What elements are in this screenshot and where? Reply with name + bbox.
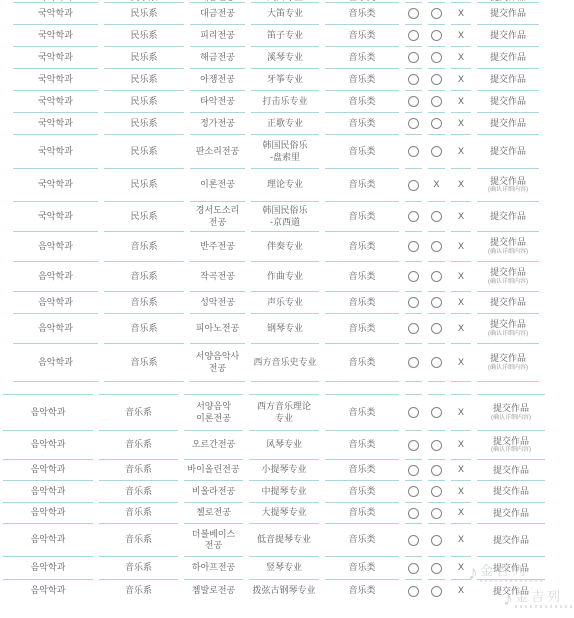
cell-category: 音乐类 [325,3,399,25]
cell-x-mark: X [451,431,471,460]
cell-circle-mark [428,344,445,382]
cell-circle-mark [405,169,422,202]
cell-major-cn: 作曲专业 [251,262,319,292]
cell-circle-mark [405,69,422,91]
cell-major-cn: 拨弦古钢琴专业 [249,580,319,602]
cell-dept-kr: 음악학과 [3,460,93,481]
table-row: 음악학과音乐系서양음악 이론전공西方音乐理论 专业音乐类X提交作品(确认详细内容… [3,394,545,431]
circle-mark [431,146,442,157]
cell-category: 音乐类 [325,262,399,292]
table-row: 음악학과音乐系작곡전공作曲专业音乐类X提交作品(确认详细内容) [13,262,539,292]
circle-mark [408,357,419,368]
admissions-table-1: 국악학과民乐系대금전공大笛专业音乐类X提交作品국악학과民乐系대금전공大笛专业音乐… [7,0,545,382]
submit-work-label: 提交作品 [477,176,539,187]
circle-mark [431,74,442,85]
cell-circle-mark [405,394,422,431]
circle-mark [431,96,442,107]
cell-submit: 提交作品 [477,580,545,602]
cell-dept-cn: 民乐系 [104,135,184,169]
cell-dept-cn: 音乐系 [99,580,178,602]
table-row: 음악학과音乐系첼로전공大提琴专业音乐类X提交作品 [3,503,545,524]
cell-circle-mark [405,47,422,69]
cell-major-cn: 声乐专业 [251,292,319,314]
cell-x-mark: X [451,481,471,503]
circle-mark [408,74,419,85]
cell-submit: 提交作品 [477,202,539,232]
cell-dept-cn: 民乐系 [104,202,184,232]
cell-dept-kr: 국악학과 [13,169,98,202]
submit-work-label: 提交作品 [477,486,545,497]
cell-submit: 提交作品(确认详细内容) [477,262,539,292]
cell-dept-cn: 音乐系 [104,292,184,314]
cell-circle-mark [405,460,422,481]
cell-category: 音乐类 [325,47,399,69]
submit-note: (确认详细内容) [477,249,539,256]
cell-x-mark: X [451,262,471,292]
table-row: 국악학과民乐系대금전공大笛专业音乐类X提交作品 [13,3,539,25]
cell-submit: 提交作品 [477,25,539,47]
cell-circle-mark [428,25,445,47]
submit-work-label: 提交作品 [477,353,539,364]
cell-category: 音乐类 [325,135,399,169]
circle-mark [408,241,419,252]
table-row: 음악학과音乐系바이올린전공小提琴专业音乐类X提交作品 [3,460,545,481]
cell-circle-mark [405,557,422,580]
cell-submit: 提交作品(确认详细内容) [477,394,545,431]
cell-circle-mark [428,3,445,25]
cell-major-cn: 竖琴专业 [249,557,319,580]
submit-work-label: 提交作品 [477,297,539,308]
cell-major-kr: 피리전공 [190,25,245,47]
cell-submit: 提交作品 [477,481,545,503]
cell-circle-mark [428,431,445,460]
circle-mark [408,96,419,107]
circle-mark [408,30,419,41]
cell-x-mark: X [451,113,471,135]
circle-mark [431,271,442,282]
cell-circle-mark [428,460,445,481]
cell-circle-mark [428,135,445,169]
cell-category: 音乐类 [325,580,399,602]
circle-mark [408,465,419,476]
cell-circle-mark [428,481,445,503]
cell-submit: 提交作品 [477,135,539,169]
cell-circle-mark [405,91,422,113]
circle-mark [431,586,442,597]
cell-submit: 提交作品 [477,91,539,113]
cell-circle-mark [405,202,422,232]
submit-work-label: 提交作品 [477,535,545,546]
circle-mark [408,508,419,519]
submit-work-label: 提交作品 [477,74,539,85]
table-row: 국악학과民乐系경서도소리 전공韩国民俗乐 -京西道音乐类X提交作品 [13,202,539,232]
cell-circle-mark [405,524,422,557]
cell-submit: 提交作品(确认详细内容) [477,344,539,382]
cell-major-kr: 해금전공 [190,47,245,69]
cell-circle-mark [428,524,445,557]
cell-circle-mark [428,503,445,524]
cell-submit: 提交作品(确认详细内容) [477,169,539,202]
circle-mark [431,323,442,334]
submit-work-label: 提交作品 [477,465,545,476]
cell-circle-mark [405,25,422,47]
cell-circle-mark [428,113,445,135]
cell-category: 音乐类 [325,69,399,91]
cell-submit: 提交作品 [477,557,545,580]
cell-dept-cn: 音乐系 [99,431,178,460]
submit-note: (确认详细内容) [477,415,545,422]
cell-x-mark: X [451,460,471,481]
cell-major-cn: 低音提琴专业 [249,524,319,557]
cell-dept-cn: 音乐系 [99,394,178,431]
cell-dept-kr: 국악학과 [13,25,98,47]
cell-x-mark: X [451,557,471,580]
cell-major-kr: 비올라전공 [184,481,243,503]
submit-work-label: 提交作品 [477,146,539,157]
cell-major-cn: 风琴专业 [249,431,319,460]
cell-major-cn: 韩国民俗乐 -京西道 [251,202,319,232]
circle-mark [408,297,419,308]
cell-x-mark: X [451,202,471,232]
circle-mark [431,297,442,308]
cell-major-kr: 하아프전공 [184,557,243,580]
circle-mark [431,486,442,497]
cell-x-mark: X [451,580,471,602]
circle-mark [431,357,442,368]
cell-major-kr: 쳄발로전공 [184,580,243,602]
cell-dept-cn: 音乐系 [104,314,184,344]
cell-major-kr: 서양음악사 전공 [190,344,245,382]
submit-work-label: 提交作品 [477,267,539,278]
submit-work-label: 提交作品 [477,508,545,519]
cell-dept-cn: 音乐系 [104,344,184,382]
watermark-tagline-dots [515,605,574,608]
table-row: 국악학과民乐系타악전공打击乐专业音乐类X提交作品 [13,91,539,113]
cell-circle-mark [405,314,422,344]
cell-dept-cn: 音乐系 [99,524,178,557]
circle-mark [408,486,419,497]
cell-x-mark: X [428,169,445,202]
cell-circle-mark [405,262,422,292]
cell-major-cn: 正歌专业 [251,113,319,135]
cell-dept-cn: 民乐系 [104,69,184,91]
submit-work-label: 提交作品 [477,563,545,574]
cell-submit: 提交作品(确认详细内容) [477,314,539,344]
cell-major-kr: 아쟁전공 [190,69,245,91]
cell-major-cn: 理论专业 [251,169,319,202]
cell-dept-cn: 音乐系 [99,481,178,503]
cell-major-kr: 이론전공 [190,169,245,202]
submit-note: (确认详细内容) [477,187,539,194]
cell-category: 音乐类 [325,344,399,382]
table-row: 음악학과音乐系반주전공伴奏专业音乐类X提交作品(确认详细内容) [13,232,539,262]
cell-x-mark: X [451,394,471,431]
table-row: 국악학과民乐系정가전공正歌专业音乐类X提交作品 [13,113,539,135]
circle-mark [408,440,419,451]
circle-mark [431,465,442,476]
cell-major-cn: 小提琴专业 [249,460,319,481]
cell-major-kr: 성악전공 [190,292,245,314]
submit-note: (确认详细内容) [477,447,545,454]
cell-major-cn: 笛子专业 [251,25,319,47]
cell-x-mark: X [451,135,471,169]
cell-submit: 提交作品 [477,3,539,25]
submit-work-label: 提交作品 [477,319,539,330]
circle-mark [408,563,419,574]
cell-dept-cn: 音乐系 [99,557,178,580]
cell-category: 音乐类 [325,503,399,524]
cell-major-kr: 오르간전공 [184,431,243,460]
circle-mark [431,52,442,63]
circle-mark [408,535,419,546]
table-row: 음악학과音乐系비올라전공中提琴专业音乐类X提交作品 [3,481,545,503]
table-row: 국악학과民乐系판소리전공韩国民俗乐 -盘索里音乐类X提交作品 [13,135,539,169]
cell-dept-cn: 民乐系 [104,169,184,202]
circle-mark [408,118,419,129]
table-row: 음악학과音乐系성악전공声乐专业音乐类X提交作品 [13,292,539,314]
submit-note: (确认详细内容) [477,365,539,372]
cell-circle-mark [428,232,445,262]
submit-work-label: 提交作品 [477,52,539,63]
cell-major-kr: 더블베이스 전공 [184,524,243,557]
circle-mark [431,508,442,519]
cell-major-cn: 西方音乐理论 专业 [249,394,319,431]
cell-category: 音乐类 [325,314,399,344]
cell-submit: 提交作品 [477,47,539,69]
cell-category: 音乐类 [325,481,399,503]
cell-circle-mark [405,232,422,262]
submit-work-label: 提交作品 [477,586,545,597]
cell-dept-kr: 음악학과 [3,503,93,524]
cell-dept-kr: 국악학과 [13,113,98,135]
cell-category: 音乐类 [325,169,399,202]
circle-mark [431,118,442,129]
cell-dept-cn: 音乐系 [104,232,184,262]
cell-major-kr: 반주전공 [190,232,245,262]
cell-circle-mark [405,3,422,25]
cell-submit: 提交作品 [477,113,539,135]
cell-major-cn: 大笛专业 [251,3,319,25]
submit-note: (确认详细内容) [477,279,539,286]
circle-mark [431,407,442,418]
circle-mark [408,271,419,282]
cell-dept-kr: 국악학과 [13,69,98,91]
cell-dept-cn: 音乐系 [99,460,178,481]
submit-work-label: 提交作品 [477,436,545,447]
cell-dept-kr: 음악학과 [13,344,98,382]
cell-category: 音乐类 [325,232,399,262]
cell-dept-kr: 음악학과 [3,481,93,503]
cell-submit: 提交作品 [477,503,545,524]
circle-mark [431,535,442,546]
cell-circle-mark [428,91,445,113]
document-page: 국악학과民乐系대금전공大笛专业音乐类X提交作品국악학과民乐系대금전공大笛专业音乐… [0,0,574,618]
cell-x-mark: X [451,25,471,47]
cell-x-mark: X [451,503,471,524]
cell-dept-cn: 音乐系 [104,262,184,292]
circle-mark [408,8,419,19]
cell-major-cn: 牙筝专业 [251,69,319,91]
cell-major-kr: 판소리전공 [190,135,245,169]
circle-mark [431,241,442,252]
cell-dept-cn: 民乐系 [104,113,184,135]
cell-circle-mark [428,262,445,292]
cell-submit: 提交作品(确认详细内容) [477,232,539,262]
cell-category: 音乐类 [325,394,399,431]
cell-major-cn: 中提琴专业 [249,481,319,503]
cell-circle-mark [405,503,422,524]
submit-work-label: 提交作品 [477,30,539,41]
cell-dept-kr: 음악학과 [13,314,98,344]
cell-x-mark: X [451,69,471,91]
table-row: 음악학과音乐系피아노전공钢琴专业音乐类X提交作品(确认详细内容) [13,314,539,344]
cell-dept-cn: 民乐系 [104,91,184,113]
cell-dept-kr: 음악학과 [3,394,93,431]
cell-major-kr: 바이올린전공 [184,460,243,481]
cell-dept-kr: 음악학과 [13,262,98,292]
table-row: 국악학과民乐系아쟁전공牙筝专业音乐类X提交作品 [13,69,539,91]
circle-mark [431,211,442,222]
cell-dept-kr: 국악학과 [13,202,98,232]
cell-submit: 提交作品(确认详细内容) [477,431,545,460]
table-row: 국악학과民乐系피리전공笛子专业音乐类X提交作品 [13,25,539,47]
cell-x-mark: X [451,47,471,69]
circle-mark [431,440,442,451]
circle-mark [431,30,442,41]
cell-major-cn: 溪琴专业 [251,47,319,69]
submit-work-label: 提交作品 [477,237,539,248]
circle-mark [408,180,419,191]
cell-dept-kr: 음악학과 [13,232,98,262]
table-row: 음악학과音乐系하아프전공竖琴专业音乐类X提交作品 [3,557,545,580]
cell-category: 音乐类 [325,524,399,557]
cell-category: 音乐类 [325,557,399,580]
cell-major-kr: 정가전공 [190,113,245,135]
cell-circle-mark [428,394,445,431]
circle-mark [408,323,419,334]
cell-category: 音乐类 [325,431,399,460]
table-row: 음악학과音乐系서양음악사 전공西方音乐史专业音乐类X提交作品(确认详细内容) [13,344,539,382]
cell-dept-cn: 民乐系 [104,3,184,25]
cell-circle-mark [428,69,445,91]
cell-circle-mark [428,47,445,69]
cell-submit: 提交作品 [477,524,545,557]
cell-circle-mark [405,292,422,314]
cell-x-mark: X [451,344,471,382]
cell-dept-kr: 음악학과 [3,557,93,580]
cell-dept-kr: 음악학과 [3,524,93,557]
cell-submit: 提交作品 [477,69,539,91]
cell-category: 音乐类 [325,460,399,481]
cell-major-kr: 대금전공 [190,3,245,25]
cell-x-mark: X [451,3,471,25]
cell-dept-kr: 음악학과 [3,580,93,602]
cell-major-cn: 西方音乐史专业 [251,344,319,382]
cell-category: 音乐类 [325,25,399,47]
cell-major-kr: 서양음악 이론전공 [184,394,243,431]
submit-work-label: 提交作品 [477,96,539,107]
cell-circle-mark [405,344,422,382]
table-row: 음악학과音乐系쳄발로전공拨弦古钢琴专业音乐类X提交作品 [3,580,545,602]
cell-dept-kr: 국악학과 [13,135,98,169]
cell-category: 音乐类 [325,292,399,314]
circle-mark [408,211,419,222]
cell-major-kr: 첼로전공 [184,503,243,524]
table-row: 국악학과民乐系해금전공溪琴专业音乐类X提交作品 [13,47,539,69]
cell-dept-kr: 국악학과 [13,47,98,69]
cell-major-kr: 타악전공 [190,91,245,113]
circle-mark [408,146,419,157]
cell-dept-kr: 국악학과 [13,91,98,113]
circle-mark [431,8,442,19]
cell-dept-kr: 국악학과 [13,3,98,25]
cell-major-kr: 경서도소리 전공 [190,202,245,232]
submit-work-label: 提交作品 [477,211,539,222]
cell-major-cn: 打击乐专业 [251,91,319,113]
cell-x-mark: X [451,169,471,202]
cell-dept-cn: 民乐系 [104,25,184,47]
cell-major-cn: 大提琴专业 [249,503,319,524]
cell-circle-mark [405,481,422,503]
cell-category: 音乐类 [325,91,399,113]
cell-major-kr: 피아노전공 [190,314,245,344]
cell-major-cn: 伴奏专业 [251,232,319,262]
cell-circle-mark [405,113,422,135]
cell-major-kr: 작곡전공 [190,262,245,292]
cell-circle-mark [428,314,445,344]
submit-work-label: 提交作品 [477,403,545,414]
cell-category: 音乐类 [325,202,399,232]
submit-note: (确认详细内容) [477,331,539,338]
cell-circle-mark [405,580,422,602]
cell-circle-mark [428,202,445,232]
submit-work-label: 提交作品 [477,8,539,19]
table-row: 국악학과民乐系이론전공理论专业音乐类XX提交作品(确认详细内容) [13,169,539,202]
circle-mark [431,563,442,574]
cell-circle-mark [428,292,445,314]
table-row: 음악학과音乐系오르간전공风琴专业音乐类X提交作品(确认详细内容) [3,431,545,460]
cell-x-mark: X [451,524,471,557]
cell-x-mark: X [451,232,471,262]
cell-circle-mark [405,431,422,460]
cell-x-mark: X [451,292,471,314]
cell-dept-kr: 음악학과 [13,292,98,314]
cell-submit: 提交作品 [477,292,539,314]
cell-submit: 提交作品 [477,460,545,481]
circle-mark [408,52,419,63]
cell-major-cn: 韩国民俗乐 -盘索里 [251,135,319,169]
cell-category: 音乐类 [325,113,399,135]
cell-x-mark: X [451,91,471,113]
cell-dept-kr: 음악학과 [3,431,93,460]
submit-work-label: 提交作品 [477,118,539,129]
cell-circle-mark [428,557,445,580]
cell-major-cn: 钢琴专业 [251,314,319,344]
cell-dept-cn: 民乐系 [104,47,184,69]
cell-dept-cn: 音乐系 [99,503,178,524]
table-row: 음악학과音乐系더블베이스 전공低音提琴专业音乐类X提交作品 [3,524,545,557]
cell-x-mark: X [451,314,471,344]
admissions-table-2: 음악학과音乐系서양음악 이론전공西方音乐理论 专业音乐类X提交作品(确认详细内容… [0,394,551,602]
circle-mark [408,586,419,597]
cell-circle-mark [428,580,445,602]
circle-mark [408,407,419,418]
cell-circle-mark [405,135,422,169]
